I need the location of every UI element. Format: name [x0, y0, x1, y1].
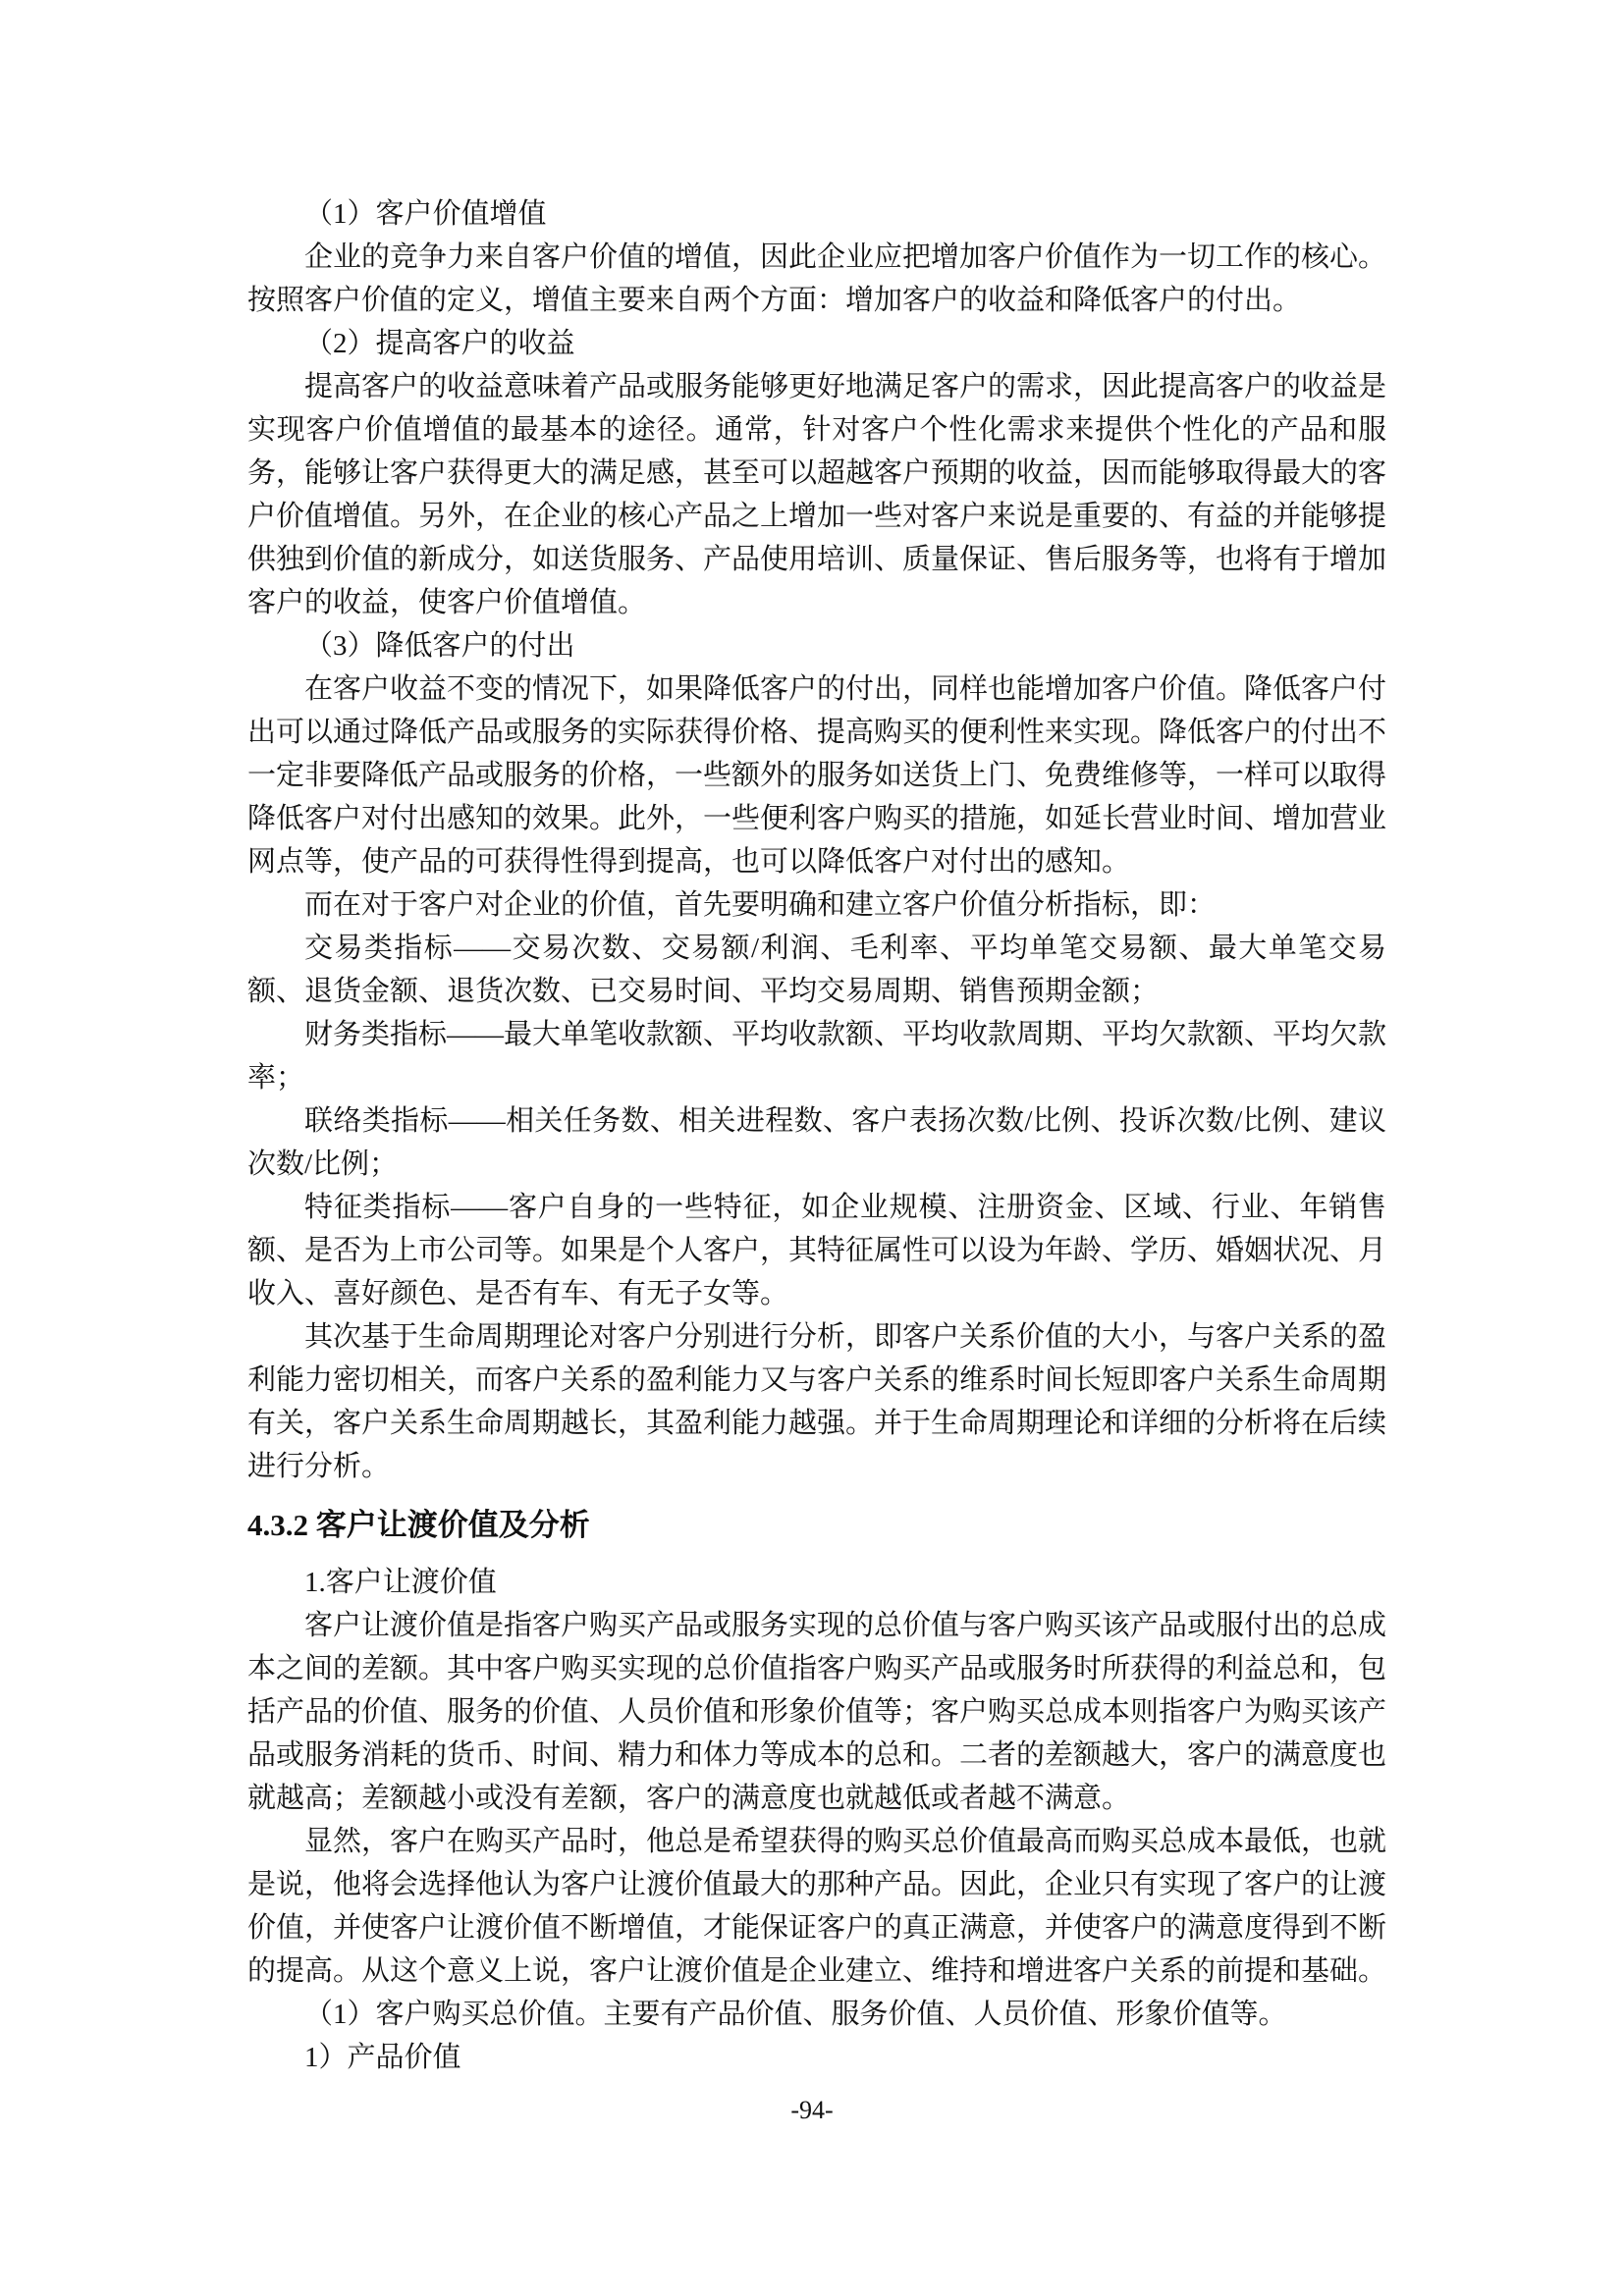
- paragraph-11-feature-indicators: 特征类指标——客户自身的一些特征，如企业规模、注册资金、区域、行业、年销售额、是…: [247, 1186, 1386, 1315]
- document-page: （1）客户价值增值 企业的竞争力来自客户价值的增值，因此企业应把增加客户价值作为…: [0, 0, 1624, 2296]
- paragraph-17: 1）产品价值: [247, 2036, 1386, 2079]
- paragraph-16: （1）客户购买总价值。主要有产品价值、服务价值、人员价值、形象价值等。: [247, 1993, 1386, 2036]
- paragraph-15: 显然，客户在购买产品时，他总是希望获得的购买总价值最高而购买总成本最低，也就是说…: [247, 1820, 1386, 1993]
- paragraph-03: （2）提高客户的收益: [247, 322, 1386, 365]
- page-number: -94-: [0, 2089, 1624, 2132]
- paragraph-05: （3）降低客户的付出: [247, 624, 1386, 667]
- paragraph-13: 1.客户让渡价值: [247, 1561, 1386, 1604]
- section-heading-4-3-2: 4.3.2 客户让渡价值及分析: [247, 1504, 1386, 1547]
- paragraph-08-transaction-indicators: 交易类指标——交易次数、交易额/利润、毛利率、平均单笔交易额、最大单笔交易额、退…: [247, 927, 1386, 1013]
- document-body: （1）客户价值增值 企业的竞争力来自客户价值的增值，因此企业应把增加客户价值作为…: [247, 192, 1386, 2079]
- paragraph-10-contact-indicators: 联络类指标——相关任务数、相关进程数、客户表扬次数/比例、投诉次数/比例、建议次…: [247, 1099, 1386, 1186]
- paragraph-07: 而在对于客户对企业的价值，首先要明确和建立客户价值分析指标，即：: [247, 883, 1386, 927]
- paragraph-06: 在客户收益不变的情况下，如果降低客户的付出，同样也能增加客户价值。降低客户付出可…: [247, 667, 1386, 883]
- paragraph-04: 提高客户的收益意味着产品或服务能够更好地满足客户的需求，因此提高客户的收益是实现…: [247, 365, 1386, 624]
- paragraph-14: 客户让渡价值是指客户购买产品或服务实现的总价值与客户购买该产品或服付出的总成本之…: [247, 1604, 1386, 1820]
- paragraph-02: 企业的竞争力来自客户价值的增值，因此企业应把增加客户价值作为一切工作的核心。按照…: [247, 236, 1386, 322]
- paragraph-12: 其次基于生命周期理论对客户分别进行分析，即客户关系价值的大小，与客户关系的盈利能…: [247, 1315, 1386, 1488]
- paragraph-01: （1）客户价值增值: [247, 192, 1386, 236]
- paragraph-09-finance-indicators: 财务类指标——最大单笔收款额、平均收款额、平均收款周期、平均欠款额、平均欠款率；: [247, 1013, 1386, 1099]
